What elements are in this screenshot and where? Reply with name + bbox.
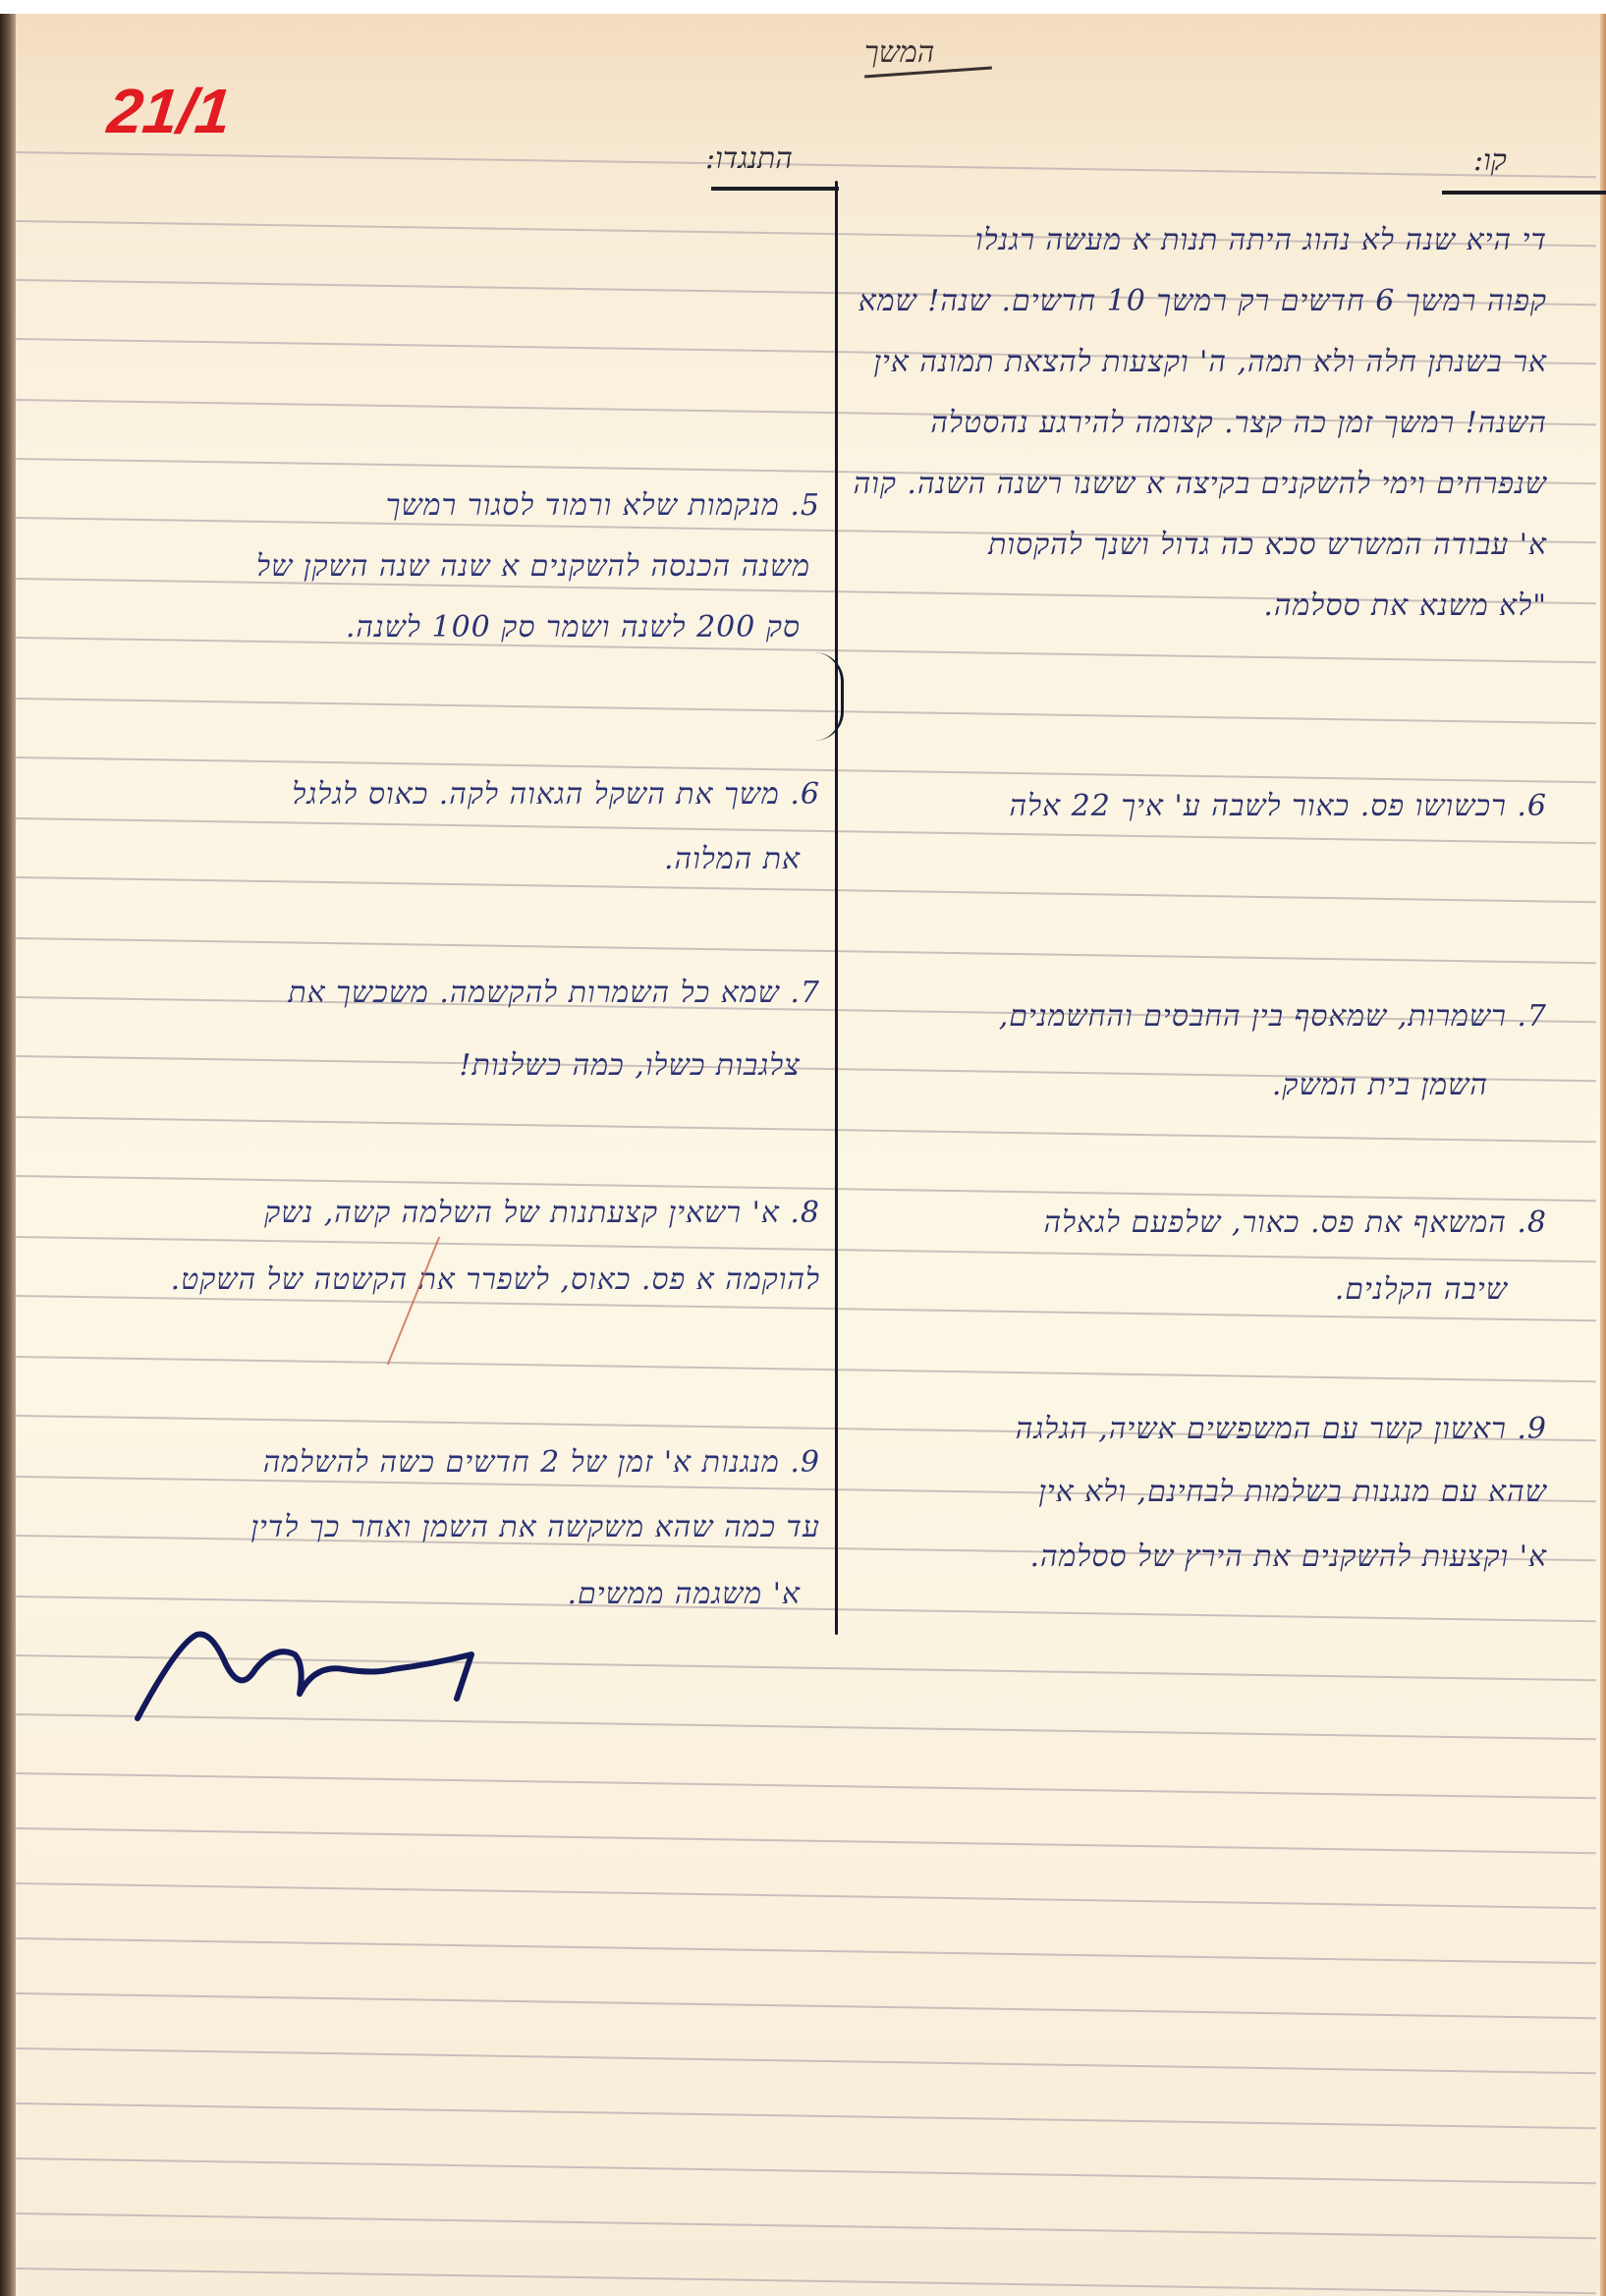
- ruled-line: [16, 1827, 1596, 1854]
- left-item-9-cont: עד כמה שהא משקשה את השמן ואחר כך לדין: [250, 1497, 820, 1558]
- ruled-line: [16, 2212, 1596, 2239]
- ruled-line: [16, 1992, 1596, 2019]
- page-number: 21/1: [104, 75, 234, 147]
- page-binding-edge: [0, 14, 16, 2296]
- left-item-5-cont: סק 200 לשנה ושמר סק 100 לשנה.: [346, 597, 801, 658]
- ruled-line: [16, 1772, 1596, 1799]
- left-column-heading-underline: [711, 187, 839, 191]
- left-item-8-cont: להוקמה א פס. כאוס, לשפרר את הקשטה של השק…: [171, 1250, 820, 1311]
- handwritten-line: די היא שנה לא נהוג היתה תנות א מעשה רגנל…: [975, 210, 1547, 271]
- right-item-6: 6. רכשושו פס. כאור לשבה ע' איך 22 אלה: [1010, 776, 1548, 837]
- ruled-line: [16, 2102, 1596, 2129]
- ruled-line: [16, 876, 1596, 903]
- right-item-9: 9. ראשון קשר עם המשפשים אשיה, הגלגה: [1016, 1399, 1547, 1460]
- ruled-line: [16, 1116, 1596, 1143]
- right-item-8: 8. המשאף את פס. כאור, שלפעם לגאלה: [1044, 1193, 1547, 1254]
- ruled-line: [16, 151, 1596, 178]
- right-item-9-cont: א' וקצעות להשקנים את הירץ של ססלמה.: [1029, 1527, 1547, 1588]
- ruled-line: [16, 1882, 1596, 1909]
- left-item-5: 5. מנקמות שלא ורמוד לסגור רמשך: [386, 476, 820, 536]
- ruled-line: [16, 2047, 1596, 2074]
- left-column-heading: התנגדו:: [705, 141, 793, 176]
- handwritten-line: אר בשנתן חלה ולא תמה, ה' וקצעות להצאת תמ…: [873, 332, 1547, 393]
- left-item-6-cont: את המלוה.: [664, 829, 801, 890]
- right-item-7: 7. רשמרות, שמאסף בין החבסים והחשמנים,: [999, 986, 1547, 1047]
- ruled-line: [16, 2268, 1596, 2294]
- handwritten-line: קפוה רמשך 6 חדשים רק רמשך 10 חדשים. שנה!…: [858, 271, 1547, 332]
- right-item-7-cont: השמן בית המשק.: [1272, 1055, 1488, 1116]
- handwritten-line: שנפרחים וימי להשקנים בקיצה א ששנו רשנה ה…: [854, 454, 1547, 515]
- ruled-line: [16, 1937, 1596, 1964]
- ruled-line: [16, 1356, 1596, 1382]
- left-item-7: 7. שמא כל השמרות להקשמה. משכשך את: [288, 963, 820, 1024]
- handwritten-line: "לא משנא את ססלמה.: [1263, 576, 1547, 637]
- left-item-6: 6. משך את השקל הגאוה לקה. כאוס לגלגל: [292, 764, 820, 825]
- ruled-line: [16, 1596, 1596, 1622]
- column-divider-kink: [811, 652, 844, 741]
- signature: [118, 1625, 511, 1743]
- handwritten-line: השנה! רמשך זמן כה קצר. קצומה להירגע נהסט…: [930, 393, 1547, 454]
- ruled-line: [16, 698, 1596, 724]
- page-right-edge: [1600, 14, 1606, 2296]
- right-column-heading-underline: [1442, 191, 1606, 195]
- right-item-8-cont: שיבה הקלנים.: [1335, 1260, 1508, 1320]
- left-item-7-cont: צלגבות כשלו, כמה כשלנות!: [459, 1036, 801, 1096]
- right-item-9-cont: שהא עם מנגנות בשלמות לבחינם, ולא אין: [1038, 1462, 1547, 1523]
- ruled-line: [16, 637, 1596, 663]
- right-column-heading: קו:: [1473, 143, 1507, 178]
- left-item-9: 9. מנגנות א' זמן של 2 חדשים כשה להשלמה: [263, 1432, 820, 1493]
- left-item-9-cont: א' משגמה ממשים.: [567, 1564, 801, 1625]
- ruled-line: [16, 937, 1596, 964]
- left-item-5-cont: משנה הכנסה להשקנים א שנה שנה השקן של: [256, 536, 810, 597]
- ruled-line: [16, 2157, 1596, 2184]
- column-divider: [835, 181, 838, 1635]
- top-heading: המשך: [864, 35, 934, 70]
- left-item-8: 8. א' רשאין קצעתנות של השלמה קשה, נשק: [264, 1183, 820, 1244]
- notebook-page: 21/1 המשך קו: התנגדו: די היא שנה לא נהוג…: [0, 14, 1606, 2296]
- handwritten-line: א' עבודה המשרש סכא כה גדול ושנך להקסות: [988, 515, 1547, 576]
